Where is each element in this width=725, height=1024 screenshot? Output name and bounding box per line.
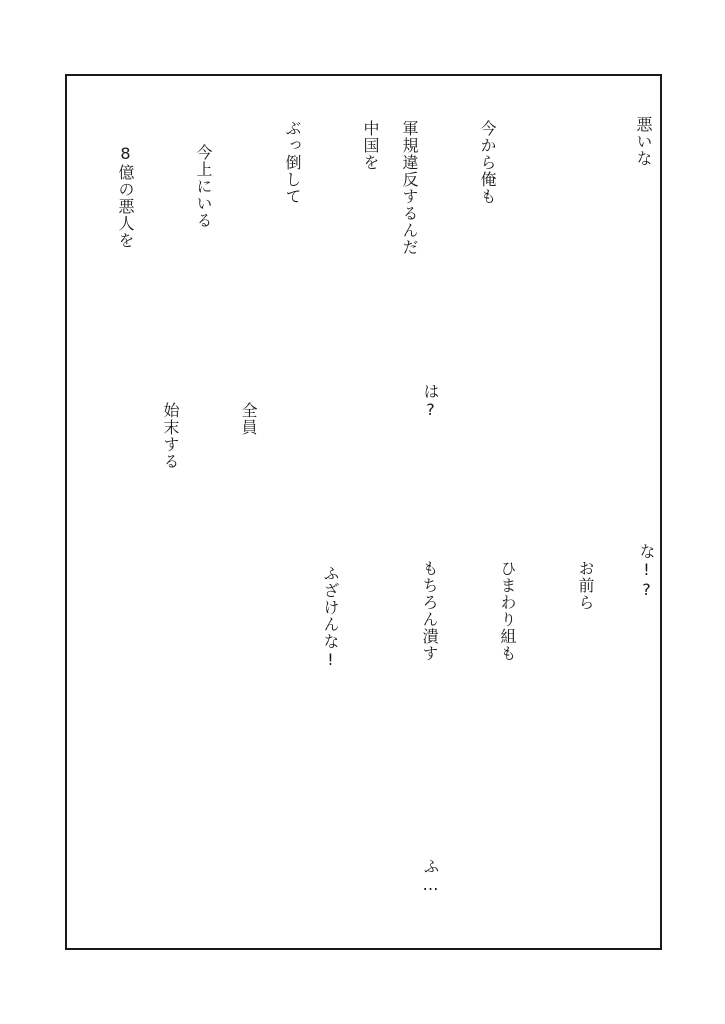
speech-line: もちろん潰す	[416, 560, 442, 662]
speech-zenin: 全員 始末する	[131, 402, 313, 470]
speech-fuzakenna: ふざけんな!	[291, 565, 395, 670]
speech-line: ぶっ倒して	[279, 120, 305, 205]
speech-line: 悪いな	[630, 116, 656, 167]
speech-line: 全員	[235, 402, 261, 470]
speech-line: は?	[417, 383, 443, 423]
speech-omaera: お前ら ひまわり組も もちろん潰す	[390, 560, 650, 662]
speech-line: ふ…	[417, 858, 443, 898]
speech-line: 今から俺も	[474, 120, 500, 256]
speech-line: 始末する	[157, 402, 183, 470]
speech-line: 中国を	[357, 120, 383, 205]
speech-warui-na: 悪いな	[604, 116, 708, 167]
speech-line: ひまわり組も	[494, 560, 520, 662]
speech-ima-ue: 今上にいる 8億の悪人を	[86, 144, 268, 249]
speech-ha: は?	[391, 383, 495, 423]
speech-line: ふざけんな!	[317, 565, 343, 670]
speech-fu: ふ…	[391, 858, 495, 898]
speech-line: 今上にいる	[190, 144, 216, 249]
speech-chugoku: 中国を ぶっ倒して	[253, 120, 435, 205]
speech-line: お前ら	[572, 560, 598, 662]
speech-line: 8億の悪人を	[112, 144, 138, 249]
